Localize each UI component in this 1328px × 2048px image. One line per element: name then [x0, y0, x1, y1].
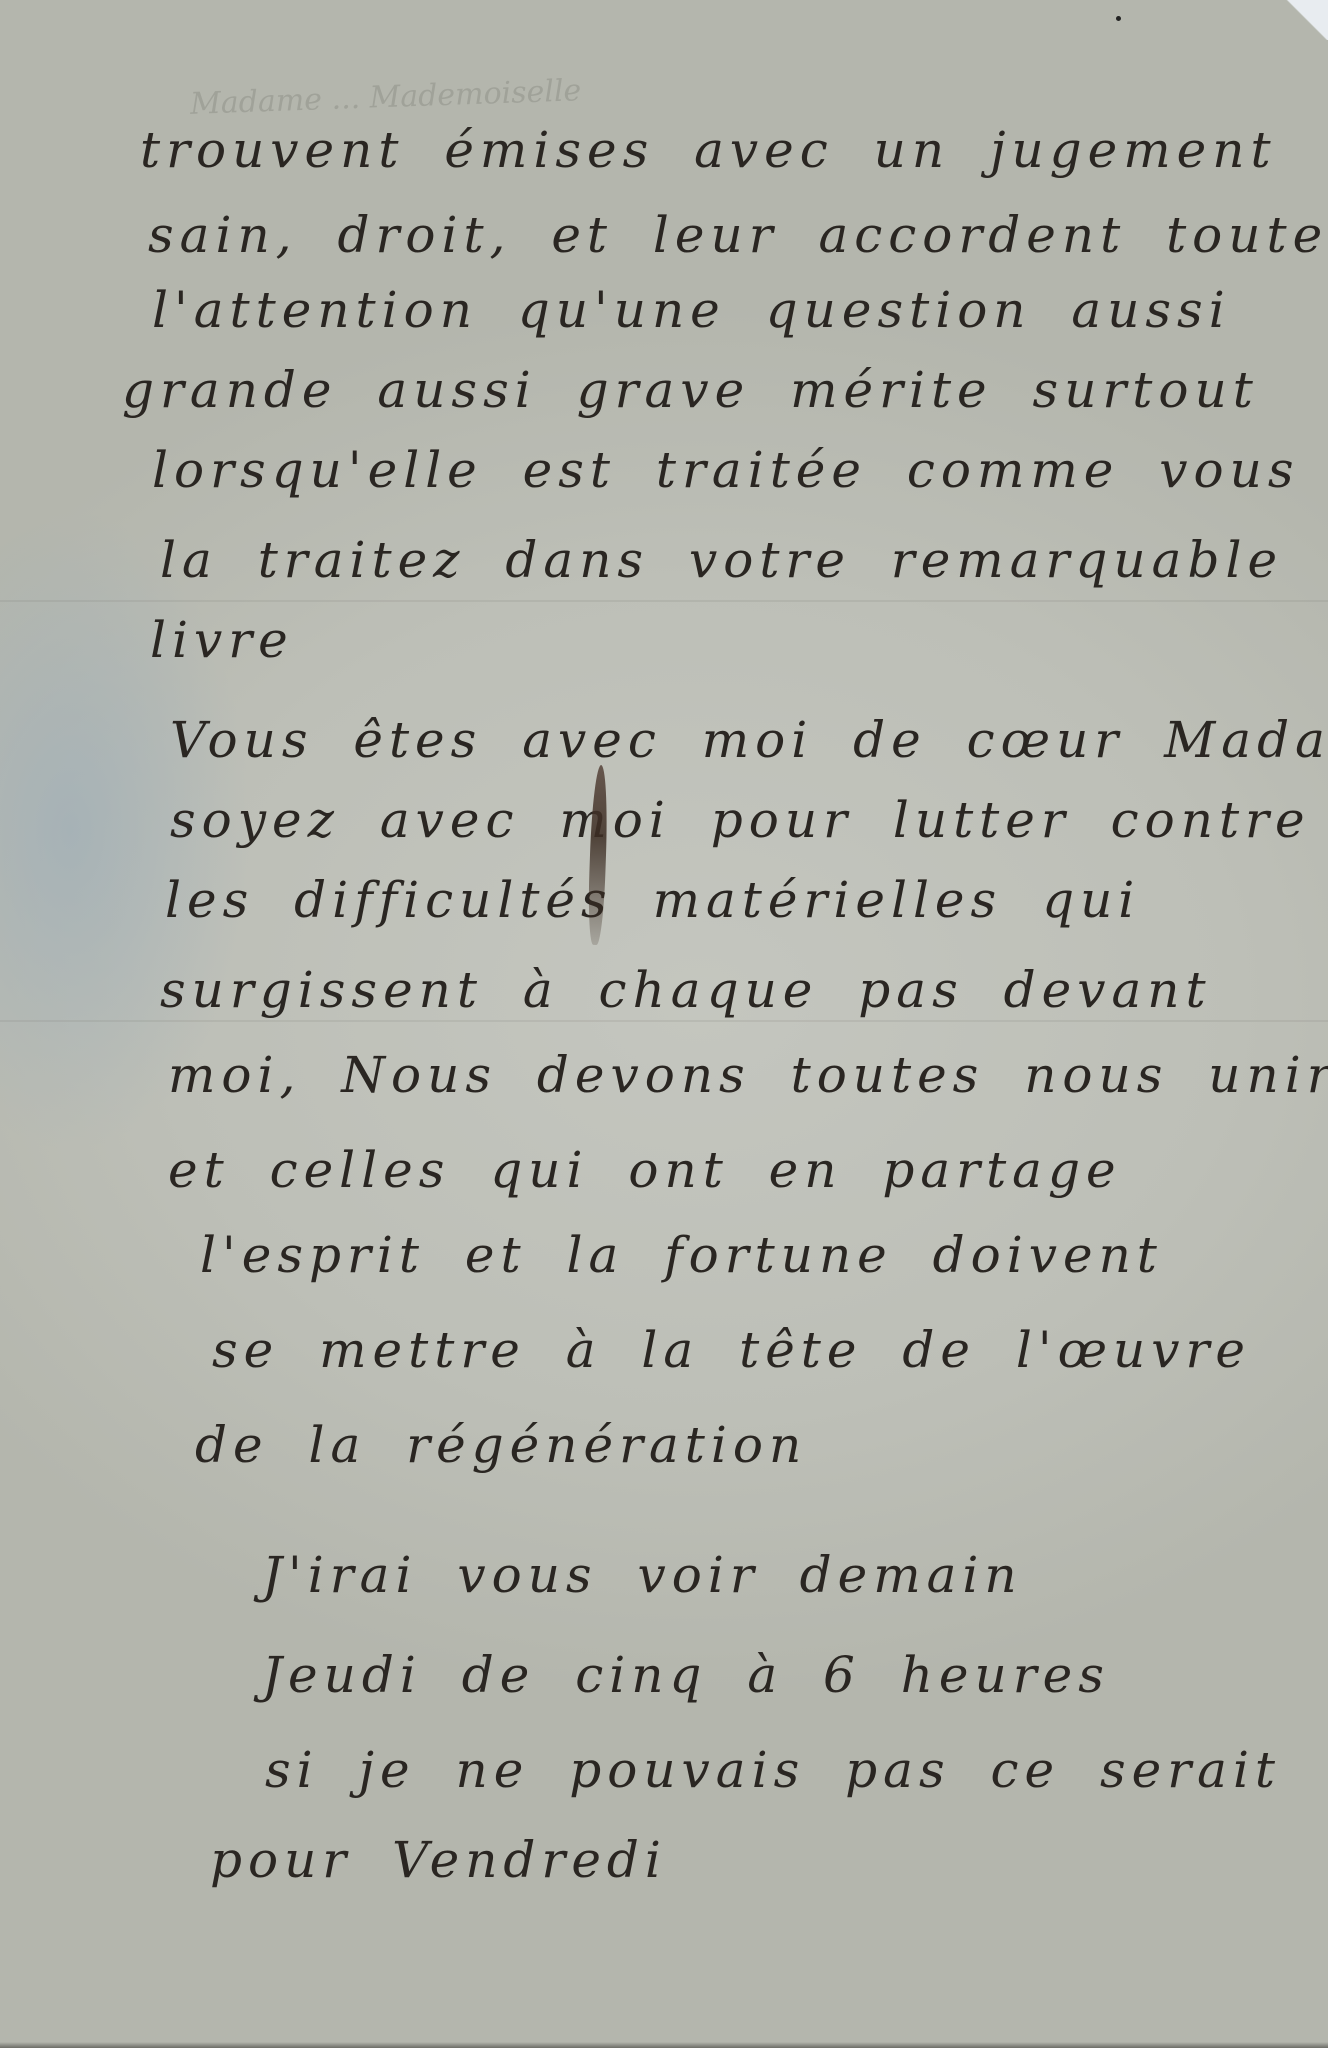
letter-line: les difficultés matérielles qui	[165, 875, 1140, 925]
letter-line: J'irai vous voir demain	[262, 1550, 1023, 1600]
ink-dot	[1116, 16, 1121, 21]
letter-line: grande aussi grave mérite surtout	[122, 365, 1259, 415]
letter-line: Vous êtes avec moi de cœur Madame	[170, 715, 1328, 765]
page-corner	[1268, 0, 1328, 40]
letter-line: moi, Nous devons toutes nous unir	[168, 1050, 1328, 1100]
show-through-text: Madame ... Mademoiselle	[190, 73, 582, 122]
letter-line: la traitez dans votre remarquable	[160, 535, 1283, 585]
letter-line: surgissent à chaque pas devant	[160, 965, 1212, 1015]
letter-line: se mettre à la tête de l'œuvre	[212, 1325, 1251, 1375]
letter-line: de la régénération	[195, 1420, 807, 1470]
letter-line: l'esprit et la fortune doivent	[200, 1230, 1163, 1280]
letter-line: Jeudi de cinq à 6 heures	[262, 1650, 1110, 1700]
letter-line: sain, droit, et leur accordent toute	[148, 210, 1328, 260]
letter-line: pour Vendredi	[210, 1835, 667, 1885]
paper-fold	[0, 600, 1328, 602]
letter-line: soyez avec moi pour lutter contre	[170, 795, 1311, 845]
letter-line: livre	[150, 615, 294, 665]
page-bottom-edge	[0, 2042, 1328, 2048]
letter-line: l'attention qu'une question aussi	[152, 285, 1231, 335]
letter-line: et celles qui ont en partage	[168, 1145, 1122, 1195]
letter-line: lorsqu'elle est traitée comme vous	[152, 445, 1299, 495]
paper-fold	[0, 1020, 1328, 1022]
letter-line: trouvent émises avec un jugement	[140, 125, 1277, 175]
letter-line: si je ne pouvais pas ce serait	[265, 1745, 1281, 1795]
letter-page: Madame ... Mademoiselle trouvent émises …	[0, 0, 1328, 2048]
